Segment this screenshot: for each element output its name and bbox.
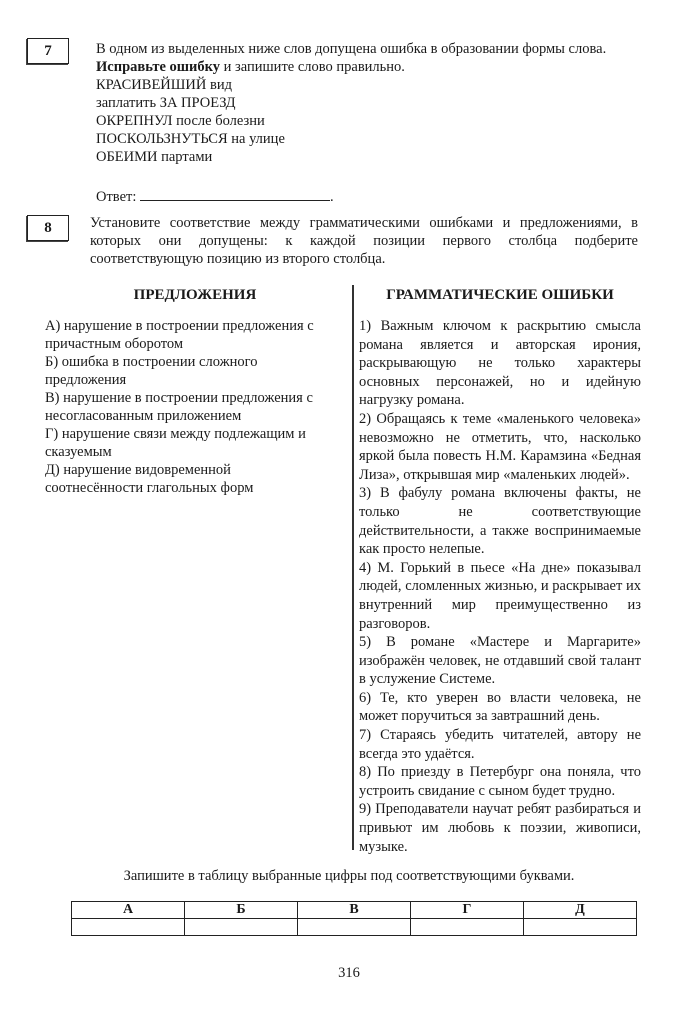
answer-table-header: Г: [411, 902, 524, 919]
answer-cell-g[interactable]: [411, 919, 524, 936]
answer-cell-a[interactable]: [72, 919, 185, 936]
right-items-list: 1) Важным ключом к раскрытию смысла рома…: [359, 317, 641, 856]
list-item: 3) В фабулу романа включены факты, не то…: [359, 484, 641, 558]
task-8-number: 8: [44, 220, 52, 237]
list-item: Г) нарушение связи между подлежащим и ск…: [45, 425, 345, 461]
answer-table-input-row: [72, 919, 637, 936]
list-item: Б) ошибка в построении сложного предложе…: [45, 353, 275, 389]
task-7-answer-field[interactable]: [140, 186, 330, 201]
task-7-word: ОКРЕПНУЛ после болезни: [96, 112, 676, 130]
task-7-number: 7: [44, 43, 52, 60]
task-7-intro: В одном из выделенных ниже слов допущена…: [96, 40, 676, 58]
task-7-body: В одном из выделенных ниже слов допущена…: [96, 40, 676, 206]
task-7-instruction-rest: и запишите слово правильно.: [220, 59, 405, 75]
task-7-instruction: Исправьте ошибку и запишите слово правил…: [96, 58, 676, 76]
list-item: А) нарушение в построении предложения с …: [45, 317, 345, 353]
left-items-list: А) нарушение в построении предложения с …: [45, 317, 345, 497]
list-item: 9) Преподаватели научат ребят разбиратьс…: [359, 800, 641, 856]
left-column-header: ПРЕДЛОЖЕНИЯ: [45, 287, 345, 304]
answer-cell-d[interactable]: [524, 919, 637, 936]
task-8-number-box: 8: [27, 215, 69, 241]
answer-table-header: Б: [185, 902, 298, 919]
task-7-number-box: 7: [27, 38, 69, 64]
task-7-answer-label: Ответ:: [96, 189, 136, 205]
table-instruction: Запишите в таблицу выбранные цифры под с…: [0, 868, 698, 885]
task-7-word: ОБЕИМИ партами: [96, 148, 676, 166]
list-item: Д) нарушение видовременной соотнесённост…: [45, 461, 275, 497]
task-7-word: ПОСКОЛЬЗНУТЬСЯ на улице: [96, 130, 676, 148]
column-divider: [352, 285, 354, 850]
answer-table-header: Д: [524, 902, 637, 919]
answer-table-header: А: [72, 902, 185, 919]
task-7-answer-row: Ответ: .: [96, 186, 676, 206]
task-8-intro: Установите соответствие между грамматиче…: [90, 214, 638, 268]
list-item: 6) Те, кто уверен во власти человека, не…: [359, 689, 641, 726]
answer-table-header-row: А Б В Г Д: [72, 902, 637, 919]
task-7-word: заплатить ЗА ПРОЕЗД: [96, 94, 676, 112]
list-item: 2) Обращаясь к теме «маленького человека…: [359, 410, 641, 484]
list-item: 1) Важным ключом к раскрытию смысла рома…: [359, 317, 641, 410]
list-item: В) нарушение в построении предложения с …: [45, 389, 345, 425]
answer-table: А Б В Г Д: [71, 901, 637, 936]
answer-cell-b[interactable]: [185, 919, 298, 936]
answer-table-header: В: [298, 902, 411, 919]
page-number: 316: [0, 965, 698, 982]
list-item: 5) В романе «Мастере и Маргарите» изобра…: [359, 633, 641, 689]
task-7-instruction-bold: Исправьте ошибку: [96, 59, 220, 75]
right-column-header: ГРАММАТИЧЕСКИЕ ОШИБКИ: [359, 287, 641, 304]
task-7-word: КРАСИВЕЙШИЙ вид: [96, 76, 676, 94]
list-item: 4) М. Горький в пьесе «На дне» показывал…: [359, 559, 641, 633]
list-item: 7) Стараясь убедить читателей, автору не…: [359, 726, 641, 763]
answer-cell-v[interactable]: [298, 919, 411, 936]
list-item: 8) По приезду в Петербург она поняла, чт…: [359, 763, 641, 800]
